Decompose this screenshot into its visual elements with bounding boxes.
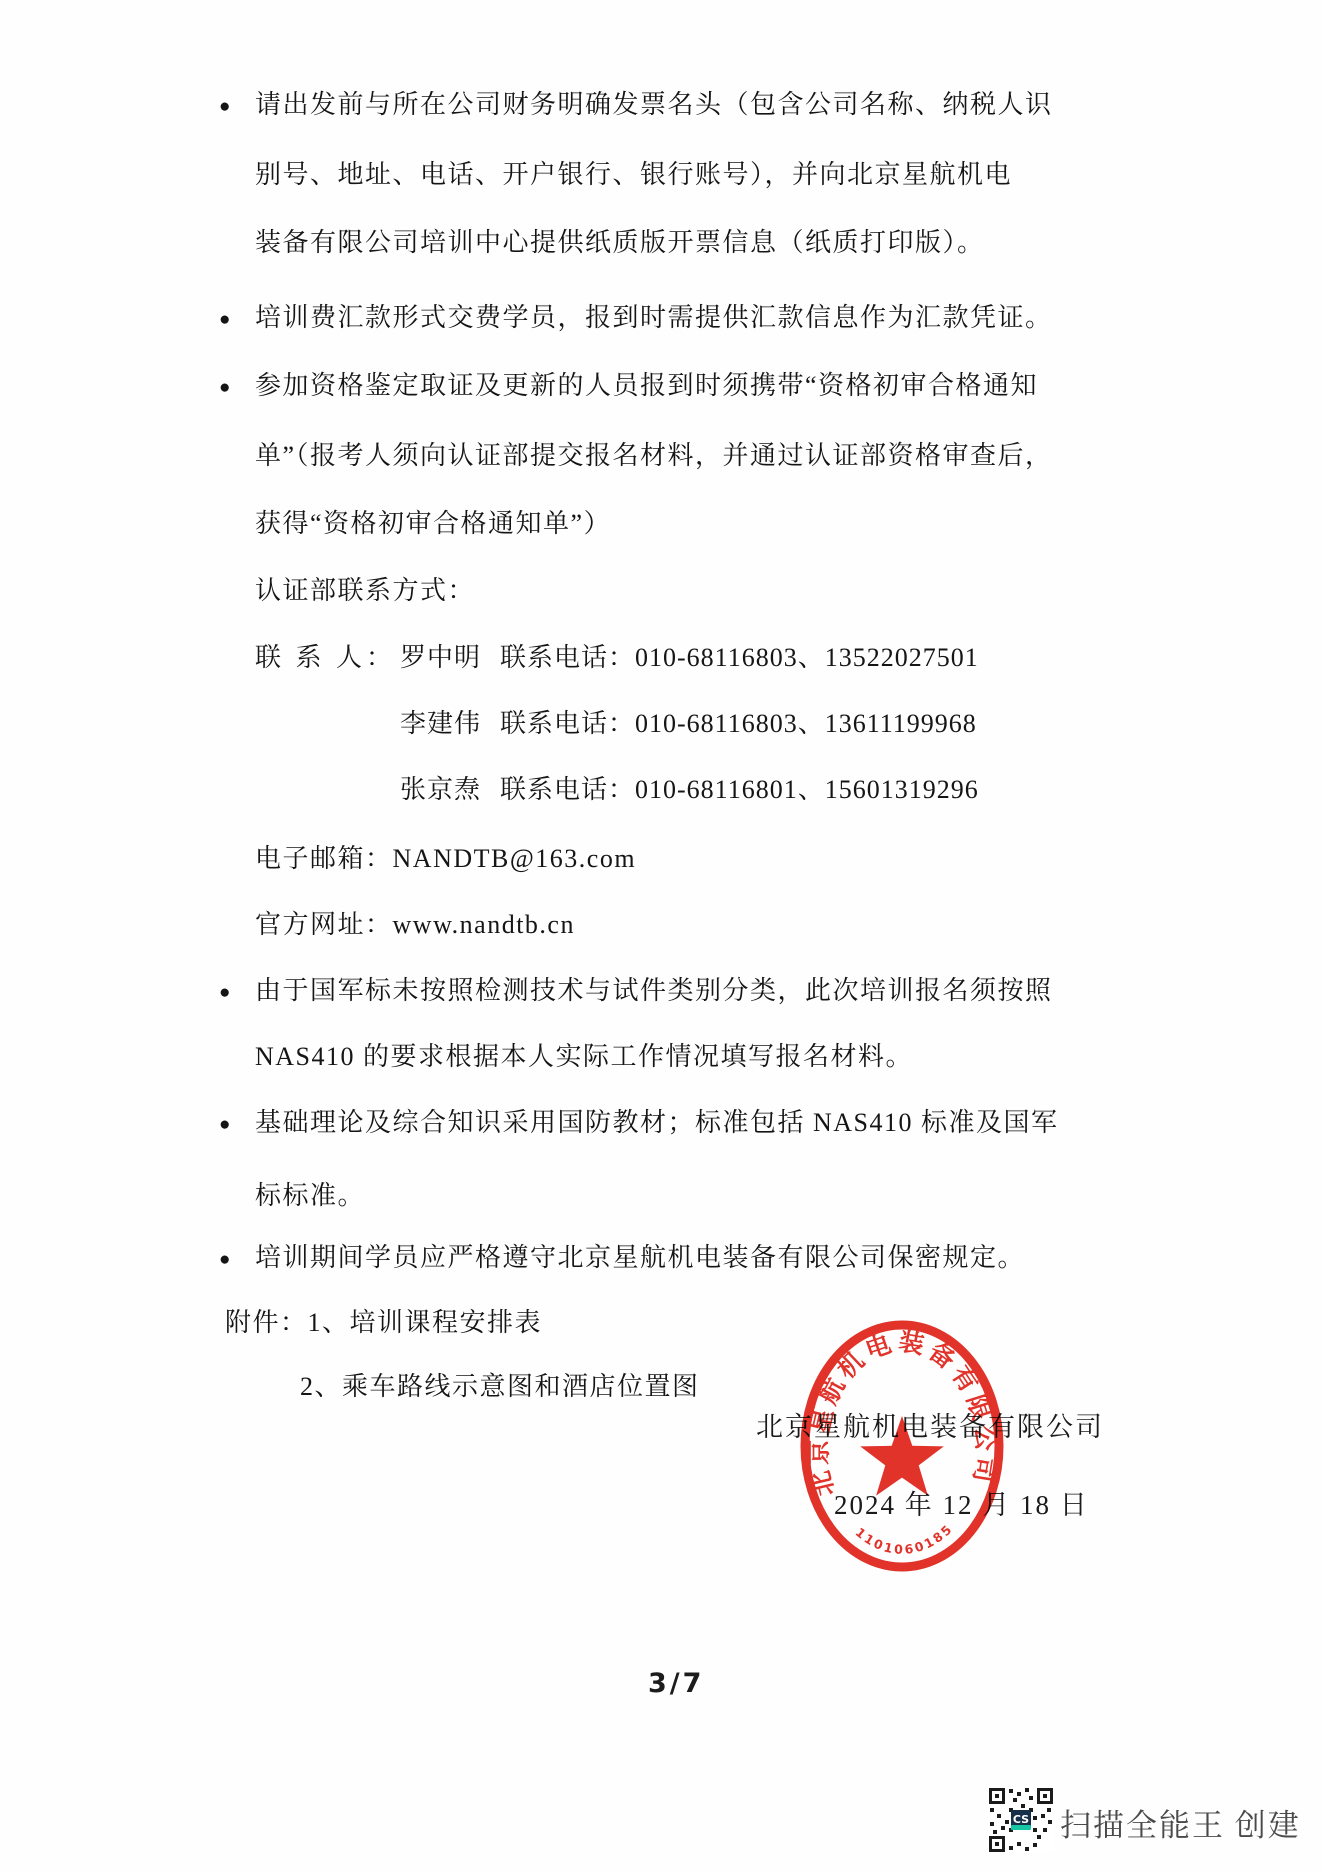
page-number: 3/7 [648,1668,704,1699]
website-label: 官方网址： [255,910,393,939]
document-page: ●请出发前与所在公司财务明确发票名头（包含公司名称、纳税人识 别号、地址、电话、… [0,0,1322,1871]
bullet-1-text-2: 别号、地址、电话、开户银行、银行账号），并向北京星航机电 [255,160,1012,189]
bullet-1-line-1: ●请出发前与所在公司财务明确发票名头（包含公司名称、纳税人识 [255,85,1053,125]
contact-name-1: 罗中明 [400,638,481,678]
bullet-1-text-3: 装备有限公司培训中心提供纸质版开票信息（纸质打印版）。 [255,228,985,257]
phone-label: 联系电话： [500,643,635,672]
company-seal-stamp: 北京星航机电装备有限公司 1101060185576 [790,1314,1015,1584]
phone-label: 联系电话： [500,709,635,738]
seal-star-icon [860,1416,944,1496]
contact-row-1: 联 系 人： 罗中明 联系电话：010-68116803、13522027501 [255,638,396,678]
website-line: 官方网址：www.nandtb.cn [255,905,575,945]
bullet-5-line-1: ●基础理论及综合知识采用国防教材；标准包括 NAS410 标准及国军 [255,1103,1059,1143]
bullet-3-line-2: 单”（报考人须向认证部提交报名材料，并通过认证部资格审查后， [255,436,1053,476]
bullet-4-line-1: ●由于国军标未按照检测技术与试件类别分类，此次培训报名须按照 [255,971,1053,1011]
contact-phone-3: 联系电话：010-68116801、15601319296 [500,770,979,810]
contact-phone-2: 联系电话：010-68116803、13611199968 [500,704,977,744]
attachment-line-2: 2、乘车路线示意图和酒店位置图 [300,1367,700,1407]
phone-numbers-3: 010-68116801、15601319296 [635,775,979,804]
contact-phone-1: 联系电话：010-68116803、13522027501 [500,638,979,678]
bullet-icon: ● [219,973,230,1013]
email-line: 电子邮箱：NANDTB@163.com [255,839,636,879]
phone-label: 联系电话： [500,775,635,804]
bullet-6-text-1: 培训期间学员应严格遵守北京星航机电装备有限公司保密规定。 [255,1243,1025,1272]
bullet-4-line-2: NAS410 的要求根据本人实际工作情况填写报名材料。 [255,1037,913,1077]
cs-badge-text: CS [1013,1813,1029,1826]
bullet-6-line-1: ●培训期间学员应严格遵守北京星航机电装备有限公司保密规定。 [255,1238,1025,1278]
email-label: 电子邮箱： [255,844,393,873]
bullet-3-text-3: 获得“资格初审合格通知单”） [255,509,611,538]
attachment-line-1: 附件：1、培训课程安排表 [225,1303,542,1343]
contact-section-heading: 认证部联系方式： [255,571,475,611]
bullet-2-text-1: 培训费汇款形式交费学员，报到时需提供汇款信息作为汇款凭证。 [255,303,1053,332]
bullet-5-line-2: 标标准。 [255,1176,365,1216]
phone-numbers-2: 010-68116803、13611199968 [635,709,977,738]
contact-name-3: 张京焘 [400,770,481,810]
email-value: NANDTB@163.com [393,844,637,873]
scanner-app-credit: 扫描全能王 创建 [1060,1800,1301,1845]
contact-name-2: 李建伟 [400,704,481,744]
bullet-5-text-1: 基础理论及综合知识采用国防教材；标准包括 NAS410 标准及国军 [255,1108,1059,1137]
phone-numbers-1: 010-68116803、13522027501 [635,643,979,672]
bullet-3-text-1: 参加资格鉴定取证及更新的人员报到时须携带“资格初审合格通知 [255,371,1038,400]
bullet-icon: ● [219,368,230,408]
website-value: www.nandtb.cn [393,910,575,939]
bullet-icon: ● [219,1105,230,1145]
qr-code-icon: CS [988,1787,1054,1853]
bullet-1-line-2: 别号、地址、电话、开户银行、银行账号），并向北京星航机电 [255,155,1012,195]
bullet-1-text-1: 请出发前与所在公司财务明确发票名头（包含公司名称、纳税人识 [255,90,1053,119]
bullet-1-line-3: 装备有限公司培训中心提供纸质版开票信息（纸质打印版）。 [255,223,985,263]
contact-person-label: 联 系 人： [255,643,396,672]
bullet-3-line-1: ●参加资格鉴定取证及更新的人员报到时须携带“资格初审合格通知 [255,366,1038,406]
bullet-icon: ● [219,300,230,340]
bullet-3-text-2: 单”（报考人须向认证部提交报名材料，并通过认证部资格审查后， [255,441,1053,470]
bullet-5-text-2: 标标准。 [255,1181,365,1210]
bullet-icon: ● [219,87,230,127]
bullet-4-text-1: 由于国军标未按照检测技术与试件类别分类，此次培训报名须按照 [255,976,1053,1005]
bullet-3-line-3: 获得“资格初审合格通知单”） [255,504,611,544]
bullet-4-text-2: NAS410 的要求根据本人实际工作情况填写报名材料。 [255,1042,913,1071]
bullet-2-line-1: ●培训费汇款形式交费学员，报到时需提供汇款信息作为汇款凭证。 [255,298,1053,338]
bullet-icon: ● [219,1240,230,1280]
